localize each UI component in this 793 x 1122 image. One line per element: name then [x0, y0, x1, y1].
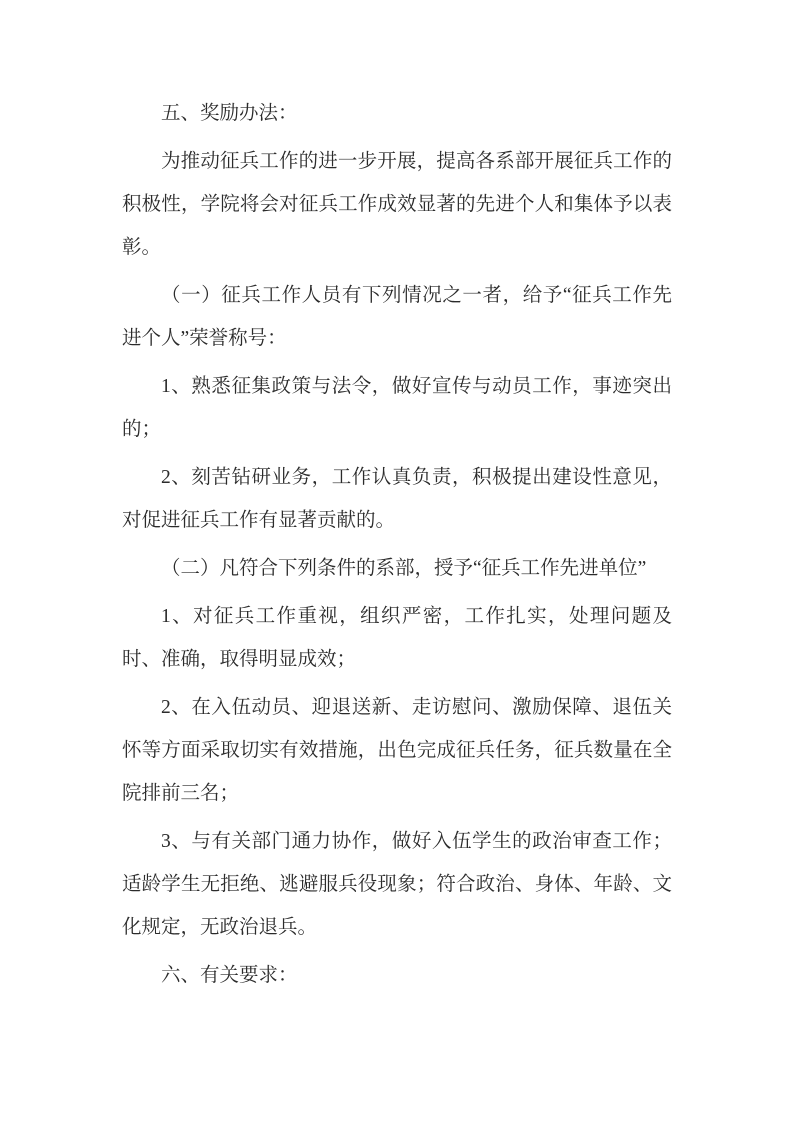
paragraph: （一）征兵工作人员有下列情况之一者，给予“征兵工作先进个人”荣誉称号： [122, 274, 672, 360]
document-body: 五、奖励办法：为推动征兵工作的进一步开展，提高各系部开展征兵工作的积极性，学院将… [122, 92, 672, 997]
section-heading: 五、奖励办法： [122, 92, 672, 135]
paragraph: 为推动征兵工作的进一步开展，提高各系部开展征兵工作的积极性，学院将会对征兵工作成… [122, 140, 672, 269]
paragraph: 2、在入伍动员、迎退送新、走访慰问、激励保障、退伍关怀等方面采取切实有效措施，出… [122, 686, 672, 815]
paragraph: 1、熟悉征集政策与法令，做好宣传与动员工作，事迹突出的； [122, 365, 672, 451]
paragraph: 2、刻苦钻研业务，工作认真负责，积极提出建设性意见，对促进征兵工作有显著贡献的。 [122, 456, 672, 542]
document-page: 五、奖励办法：为推动征兵工作的进一步开展，提高各系部开展征兵工作的积极性，学院将… [0, 0, 793, 1122]
paragraph: 1、对征兵工作重视，组织严密，工作扎实，处理问题及时、准确，取得明显成效； [122, 595, 672, 681]
paragraph: 3、与有关部门通力协作，做好入伍学生的政治审查工作；适龄学生无拒绝、逃避服兵役现… [122, 820, 672, 949]
section-heading: 六、有关要求： [122, 954, 672, 997]
paragraph: （二）凡符合下列条件的系部，授予“征兵工作先进单位” [122, 547, 672, 590]
